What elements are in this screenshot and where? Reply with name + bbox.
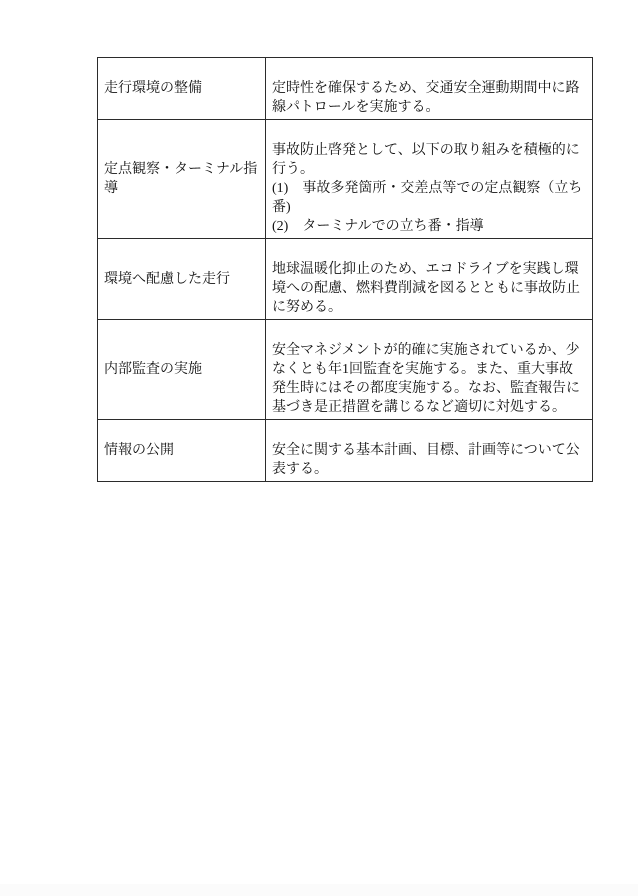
row-body-cell: 安全に関する基本計画、目標、計画等について公表する。 [266,420,593,482]
document-page: 走行環境の整備 定時性を確保するため、交通安全運動期間中に路線パトロールを実施す… [0,0,638,896]
row-header-text: 定点観察・ターミナル指導 [104,162,257,196]
row-header-text: 内部監査の実施 [104,362,202,377]
row-body-text: 安全マネジメントが的確に実施されているか、少なくとも年1回監査を実施する。また、… [272,343,580,415]
row-header-text: 環境へ配慮した走行 [104,272,230,287]
table-row: 環境へ配慮した走行 地球温暖化抑止のため、エコドライブを実践し環境への配慮、燃料… [98,239,593,320]
row-body-cell: 地球温暖化抑止のため、エコドライブを実践し環境への配慮、燃料費削減を図るとともに… [266,239,593,320]
table-row: 情報の公開 安全に関する基本計画、目標、計画等について公表する。 [98,420,593,482]
row-body-text: 地球温暖化抑止のため、エコドライブを実践し環境への配慮、燃料費削減を図るとともに… [272,262,580,315]
row-body-text: 安全に関する基本計画、目標、計画等について公表する。 [272,443,580,477]
safety-measures-table: 走行環境の整備 定時性を確保するため、交通安全運動期間中に路線パトロールを実施す… [97,57,593,482]
table-row: 走行環境の整備 定時性を確保するため、交通安全運動期間中に路線パトロールを実施す… [98,58,593,120]
table-row: 内部監査の実施 安全マネジメントが的確に実施されているか、少なくとも年1回監査を… [98,320,593,420]
row-body-cell: 事故防止啓発として、以下の取り組みを積極的に行う。 (1) 事故多発箇所・交差点… [266,120,593,239]
table-row: 定点観察・ターミナル指導 事故防止啓発として、以下の取り組みを積極的に行う。 (… [98,120,593,239]
row-header-cell: 情報の公開 [98,420,266,482]
row-header-cell: 定点観察・ターミナル指導 [98,120,266,239]
row-body-text: 事故防止啓発として、以下の取り組みを積極的に行う。 (1) 事故多発箇所・交差点… [272,143,582,234]
row-body-text: 定時性を確保するため、交通安全運動期間中に路線パトロールを実施する。 [272,81,579,115]
row-body-cell: 定時性を確保するため、交通安全運動期間中に路線パトロールを実施する。 [266,58,593,120]
row-body-cell: 安全マネジメントが的確に実施されているか、少なくとも年1回監査を実施する。また、… [266,320,593,420]
row-header-cell: 走行環境の整備 [98,58,266,120]
row-header-text: 走行環境の整備 [104,81,202,96]
row-header-cell: 環境へ配慮した走行 [98,239,266,320]
page-bottom-edge [0,884,638,896]
row-header-cell: 内部監査の実施 [98,320,266,420]
row-header-text: 情報の公開 [104,443,174,458]
